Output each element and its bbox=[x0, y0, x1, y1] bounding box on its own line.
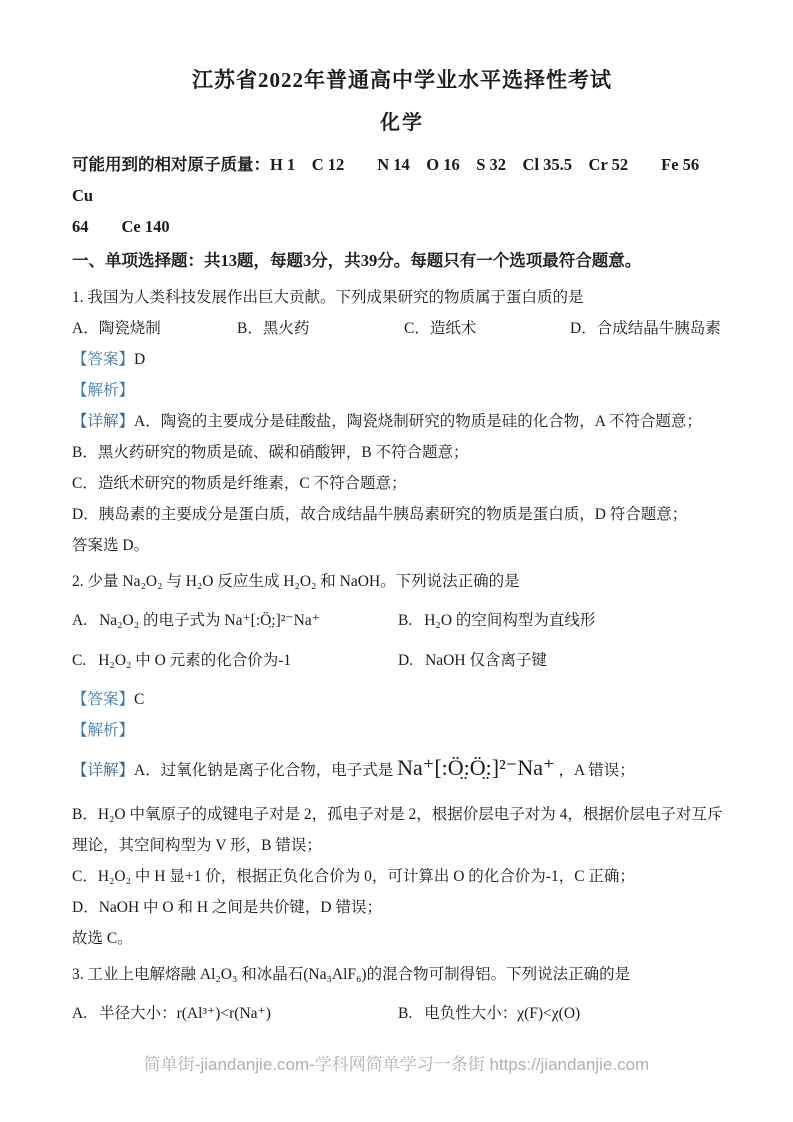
question-1-answer-value: D bbox=[134, 351, 145, 368]
answer-label: 【答案】 bbox=[72, 691, 134, 708]
detail-label: 【详解】 bbox=[72, 762, 134, 779]
question-1-detail-a: 【详解】A．陶瓷的主要成分是硅酸盐，陶瓷烧制研究的物质是硅的化合物，A 不符合题… bbox=[72, 406, 732, 437]
page-title: 江苏省2022年普通高中学业水平选择性考试 bbox=[72, 64, 732, 94]
question-1-options: A．陶瓷烧制 B．黑火药 C．造纸术 D．合成结晶牛胰岛素 bbox=[72, 313, 732, 344]
question-2-stem: 2. 少量 Na₂O₂ 与 H₂O 反应生成 H₂O₂ 和 NaOH。下列说法正… bbox=[72, 566, 732, 597]
option-a-text: 半径大小：r(Al³⁺)<r(Na⁺) bbox=[99, 1005, 271, 1022]
page-subtitle: 化学 bbox=[72, 106, 732, 135]
question-1-conclusion: 答案选 D。 bbox=[72, 530, 732, 561]
analysis-label: 【解析】 bbox=[72, 722, 134, 739]
question-1: 1. 我国为人类科技发展作出巨大贡献。下列成果研究的物质属于蛋白质的是 A．陶瓷… bbox=[72, 282, 732, 561]
question-2-detail-a-post: ，A 错误； bbox=[555, 762, 635, 779]
question-2-conclusion: 故选 C。 bbox=[72, 923, 732, 954]
question-2-option-c: C.H₂O₂ 中 O 元素的化合价为-1 bbox=[72, 644, 398, 677]
option-d-letter: D. bbox=[398, 644, 413, 677]
question-2-answer-value: C bbox=[134, 691, 144, 708]
question-1-detail-d: D．胰岛素的主要成分是蛋白质，故合成结晶牛胰岛素研究的物质是蛋白质，D 符合题意… bbox=[72, 499, 732, 530]
exam-page: 江苏省2022年普通高中学业水平选择性考试 化学 可能用到的相对原子质量：H 1… bbox=[0, 0, 793, 1122]
question-1-option-c: C．造纸术 bbox=[404, 313, 570, 344]
question-2-option-a: A.Na₂O₂ 的电子式为 Na⁺[:Ö̤:]²⁻Na⁺ bbox=[72, 604, 398, 637]
option-d-text: NaOH 仅含离子键 bbox=[425, 652, 547, 669]
question-2-option-b: B.H₂O 的空间构型为直线形 bbox=[398, 604, 732, 637]
option-c-text: H₂O₂ 中 O 元素的化合价为-1 bbox=[98, 652, 291, 669]
question-3: 3. 工业上电解熔融 Al₂O₃ 和冰晶石(Na₃AlF₆)的混合物可制得铝。下… bbox=[72, 959, 732, 1030]
question-3-option-b: B.电负性大小：χ(F)<χ(O) bbox=[398, 997, 732, 1030]
question-3-option-a: A.半径大小：r(Al³⁺)<r(Na⁺) bbox=[72, 997, 398, 1030]
option-b-text: 电负性大小：χ(F)<χ(O) bbox=[424, 1005, 580, 1022]
question-1-detail-a-text: A．陶瓷的主要成分是硅酸盐，陶瓷烧制研究的物质是硅的化合物，A 不符合题意； bbox=[134, 413, 702, 430]
question-3-options-row-1: A.半径大小：r(Al³⁺)<r(Na⁺) B.电负性大小：χ(F)<χ(O) bbox=[72, 997, 732, 1030]
question-2-analysis-line: 【解析】 bbox=[72, 715, 732, 746]
question-1-option-d: D．合成结晶牛胰岛素 bbox=[570, 313, 732, 344]
question-3-stem: 3. 工业上电解熔融 Al₂O₃ 和冰晶石(Na₃AlF₆)的混合物可制得铝。下… bbox=[72, 959, 732, 990]
question-2-answer-line: 【答案】C bbox=[72, 684, 732, 715]
option-b-letter: B. bbox=[398, 604, 412, 637]
question-1-detail-c: C．造纸术研究的物质是纤维素，C 不符合题意； bbox=[72, 468, 732, 499]
answer-label: 【答案】 bbox=[72, 351, 134, 368]
option-a-text: Na₂O₂ 的电子式为 Na⁺[:Ö̤:]²⁻Na⁺ bbox=[99, 612, 320, 629]
question-2-options-row-2: C.H₂O₂ 中 O 元素的化合价为-1 D.NaOH 仅含离子键 bbox=[72, 644, 732, 677]
question-2-detail-a: 【详解】A．过氧化钠是离子化合物，电子式是 Na⁺[:Ö̤:Ö̤:]²⁻Na… bbox=[72, 749, 732, 793]
question-2-detail-b: B．H₂O 中氧原子的成键电子对是 2，孤电子对是 2，根据价层电子对为 4，根… bbox=[72, 799, 732, 861]
question-1-option-b: B．黑火药 bbox=[237, 313, 404, 344]
option-a-letter: A. bbox=[72, 604, 87, 637]
question-2: 2. 少量 Na₂O₂ 与 H₂O 反应生成 H₂O₂ 和 NaOH。下列说法正… bbox=[72, 566, 732, 954]
question-2-option-d: D.NaOH 仅含离子键 bbox=[398, 644, 732, 677]
question-1-answer-line: 【答案】D bbox=[72, 344, 732, 375]
atomic-masses-line-1: 可能用到的相对原子质量：H 1 C 12 N 14 O 16 S 32 Cl 3… bbox=[72, 149, 732, 211]
question-1-detail-b: B．黑火药研究的物质是硫、碳和硝酸钾，B 不符合题意； bbox=[72, 437, 732, 468]
atomic-masses-line-2: 64 Ce 140 bbox=[72, 211, 732, 242]
question-2-detail-d: D．NaOH 中 O 和 H 之间是共价键，D 错误； bbox=[72, 892, 732, 923]
electron-formula-large: Na⁺[:Ö̤:Ö̤:]²⁻Na⁺ bbox=[397, 755, 555, 780]
detail-label: 【详解】 bbox=[72, 413, 134, 430]
question-1-stem: 1. 我国为人类科技发展作出巨大贡献。下列成果研究的物质属于蛋白质的是 bbox=[72, 282, 732, 313]
section-heading: 一、单项选择题：共13题，每题3分，共39分。每题只有一个选项最符合题意。 bbox=[72, 245, 732, 277]
footer-watermark: 简单街-jiandanjie.com-学科网简单学习一条街 https://ji… bbox=[0, 1050, 793, 1075]
question-1-analysis-line: 【解析】 bbox=[72, 375, 732, 406]
option-b-text: H₂O 的空间构型为直线形 bbox=[424, 612, 595, 629]
option-a-letter: A. bbox=[72, 997, 87, 1030]
option-b-letter: B. bbox=[398, 997, 412, 1030]
question-2-options-row-1: A.Na₂O₂ 的电子式为 Na⁺[:Ö̤:]²⁻Na⁺ B.H₂O 的空间构… bbox=[72, 604, 732, 637]
question-2-detail-c: C．H₂O₂ 中 H 显+1 价，根据正负化合价为 0，可计算出 O 的化合价为… bbox=[72, 861, 732, 892]
option-c-letter: C. bbox=[72, 644, 86, 677]
question-1-option-a: A．陶瓷烧制 bbox=[72, 313, 237, 344]
analysis-label: 【解析】 bbox=[72, 382, 134, 399]
question-2-detail-a-pre: A．过氧化钠是离子化合物，电子式是 bbox=[134, 762, 397, 779]
